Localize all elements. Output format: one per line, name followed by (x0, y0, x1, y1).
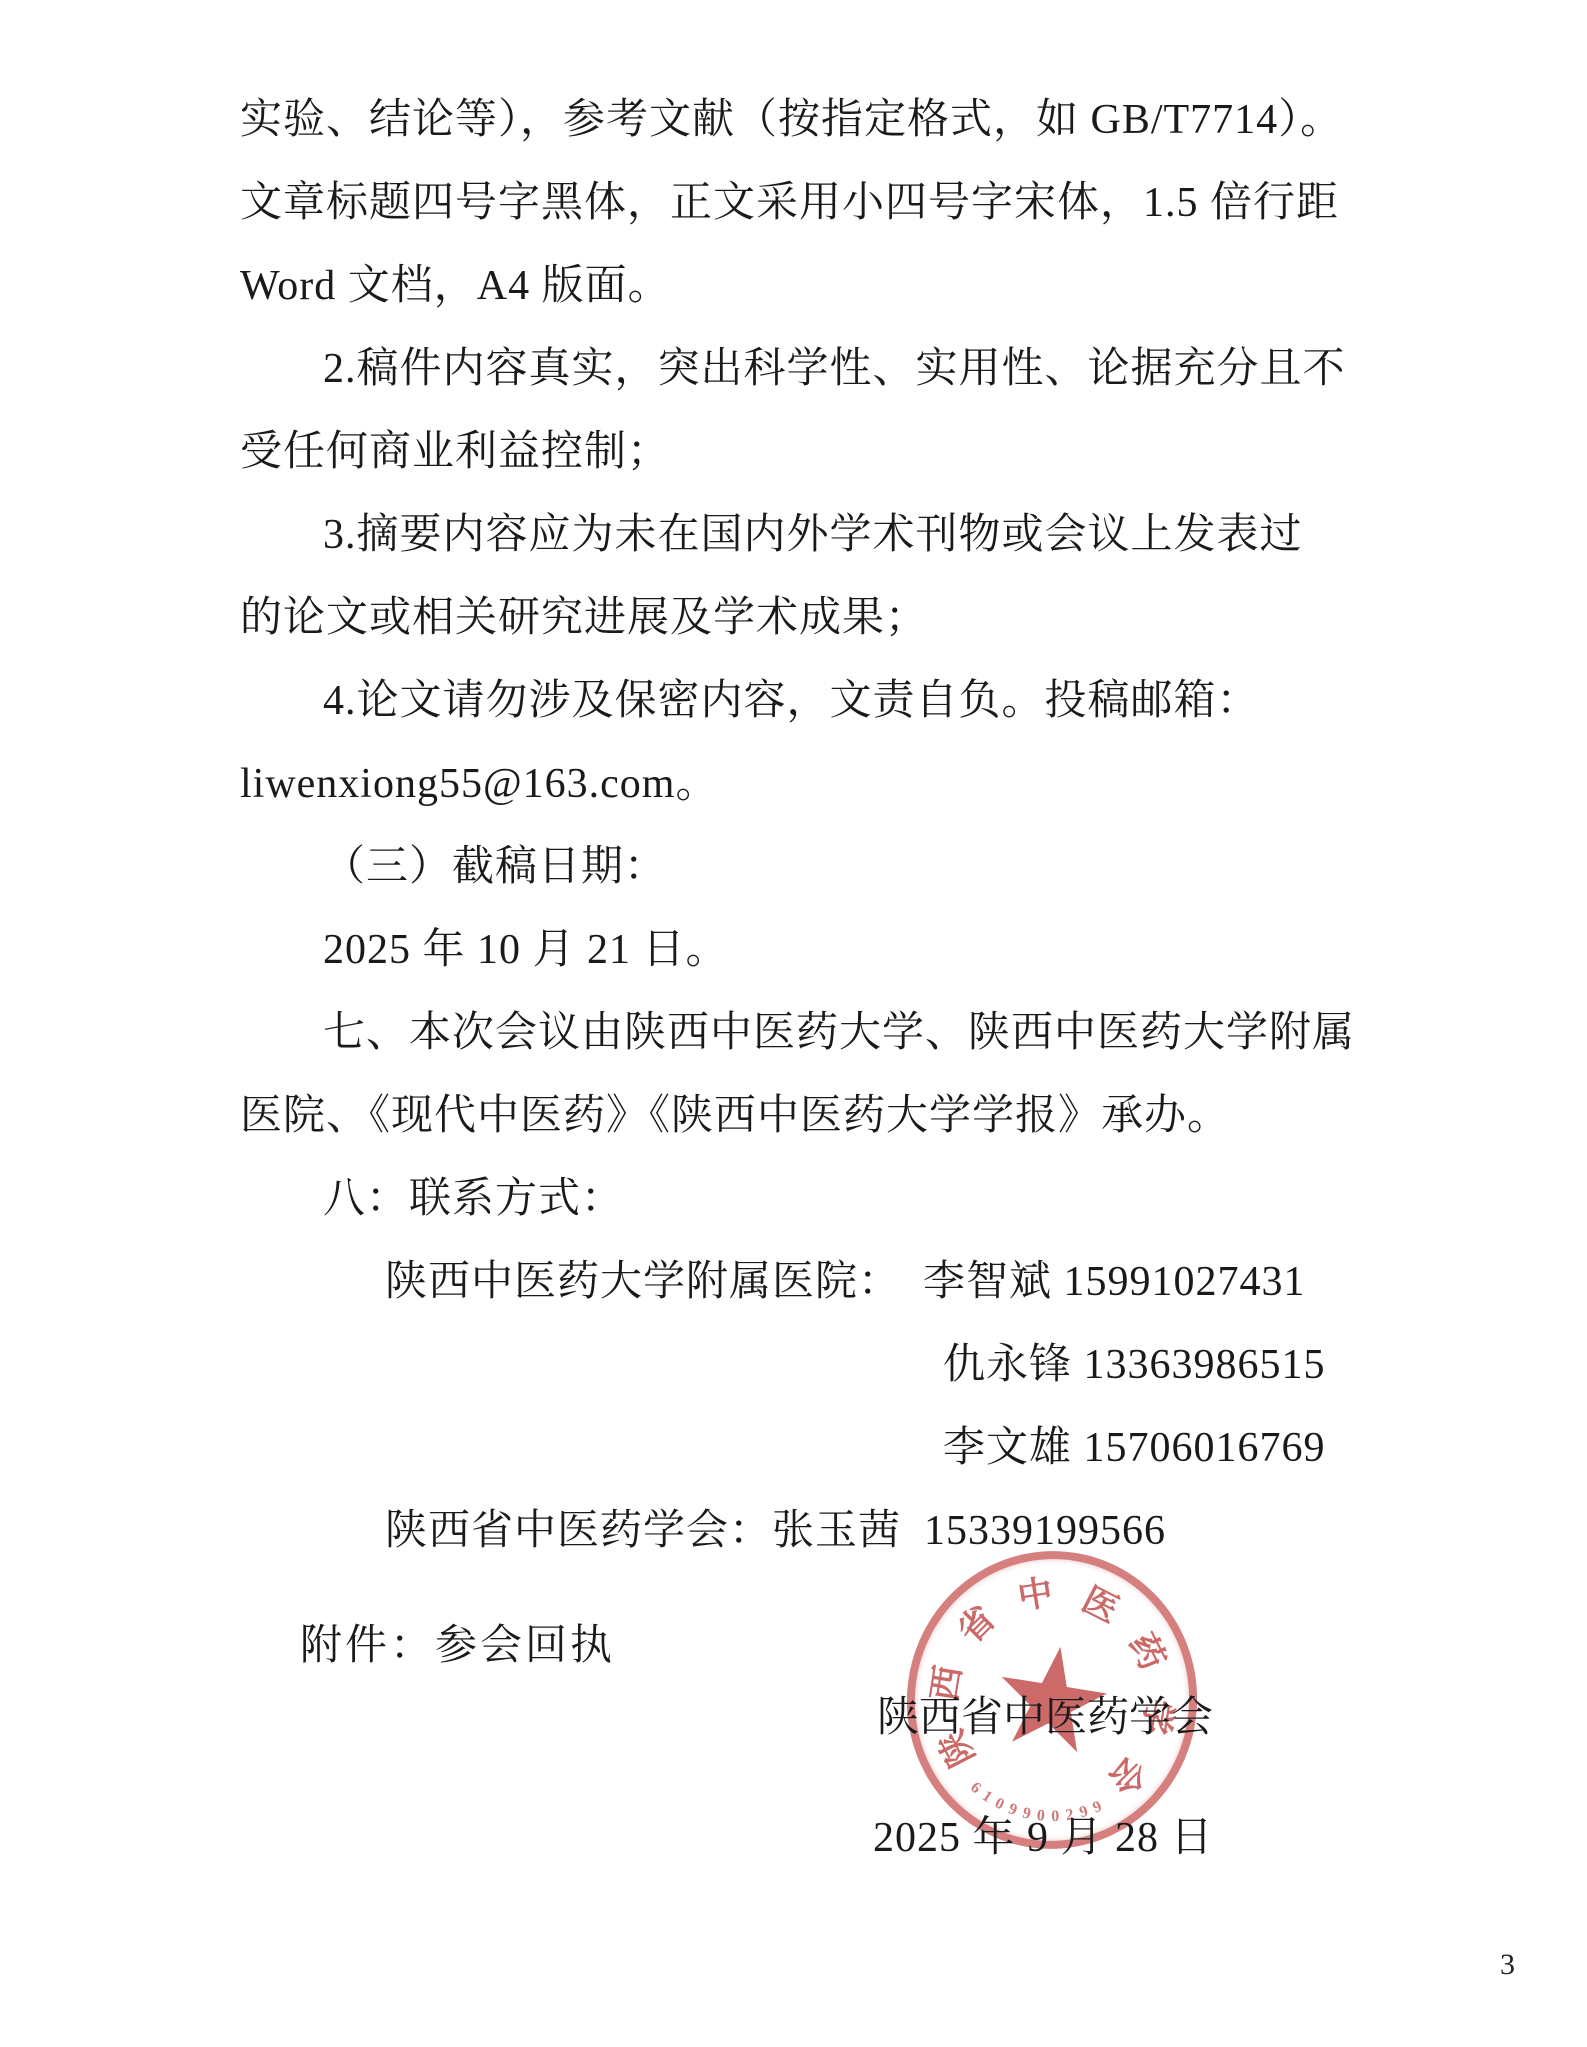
body-line: 文章标题四号字黑体，正文采用小四号字宋体，1.5 倍行距 (240, 157, 1527, 240)
body-line: 医院、《现代中医药》《陕西中医药大学学报》承办。 (240, 1070, 1527, 1153)
page-number: 3 (1500, 1948, 1515, 1982)
body-line: 陕西中医药大学附属医院： 李智斌 15991027431 (240, 1236, 1527, 1319)
body-line: 2025 年 10 月 21 日。 (240, 904, 1527, 987)
body-line: 七、本次会议由陕西中医药大学、陕西中医药大学附属 (240, 987, 1527, 1070)
seal-arc-char: 中 (1014, 1565, 1056, 1620)
body-line: 李文雄 15706016769 (240, 1402, 1527, 1485)
body-line: （三）截稿日期： (240, 821, 1527, 904)
body-line: 八：联系方式： (240, 1153, 1527, 1236)
body-line: 仇永锋 13363986515 (240, 1319, 1527, 1402)
body-line: 4.论文请勿涉及保密内容，文责自负。投稿邮箱： (240, 655, 1527, 738)
body-line: Word 文档，A4 版面。 (240, 240, 1527, 323)
attachment-note: 附件：参会回执 (300, 1612, 615, 1672)
body-line: 陕西省中医药学会：张玉茜 15339199566 (240, 1485, 1527, 1568)
body-line: liwenxiong55@163.com。 (240, 738, 1527, 821)
body-line: 的论文或相关研究进展及学术成果； (240, 572, 1527, 655)
body-line: 实验、结论等），参考文献（按指定格式，如 GB/T7714）。 (240, 74, 1527, 157)
body-line: 2.稿件内容真实，突出科学性、实用性、论据充分且不 (240, 323, 1527, 406)
signature-date: 2025 年 9 月 28 日 (873, 1804, 1214, 1864)
document-page: 实验、结论等），参考文献（按指定格式，如 GB/T7714）。文章标题四号字黑体… (0, 0, 1587, 2047)
body-text-block: 实验、结论等），参考文献（按指定格式，如 GB/T7714）。文章标题四号字黑体… (240, 74, 1527, 1568)
signer-organization: 陕西省中医药学会 (877, 1684, 1213, 1744)
body-line: 3.摘要内容应为未在国内外学术刊物或会议上发表过 (240, 489, 1527, 572)
body-line: 受任何商业利益控制； (240, 406, 1527, 489)
